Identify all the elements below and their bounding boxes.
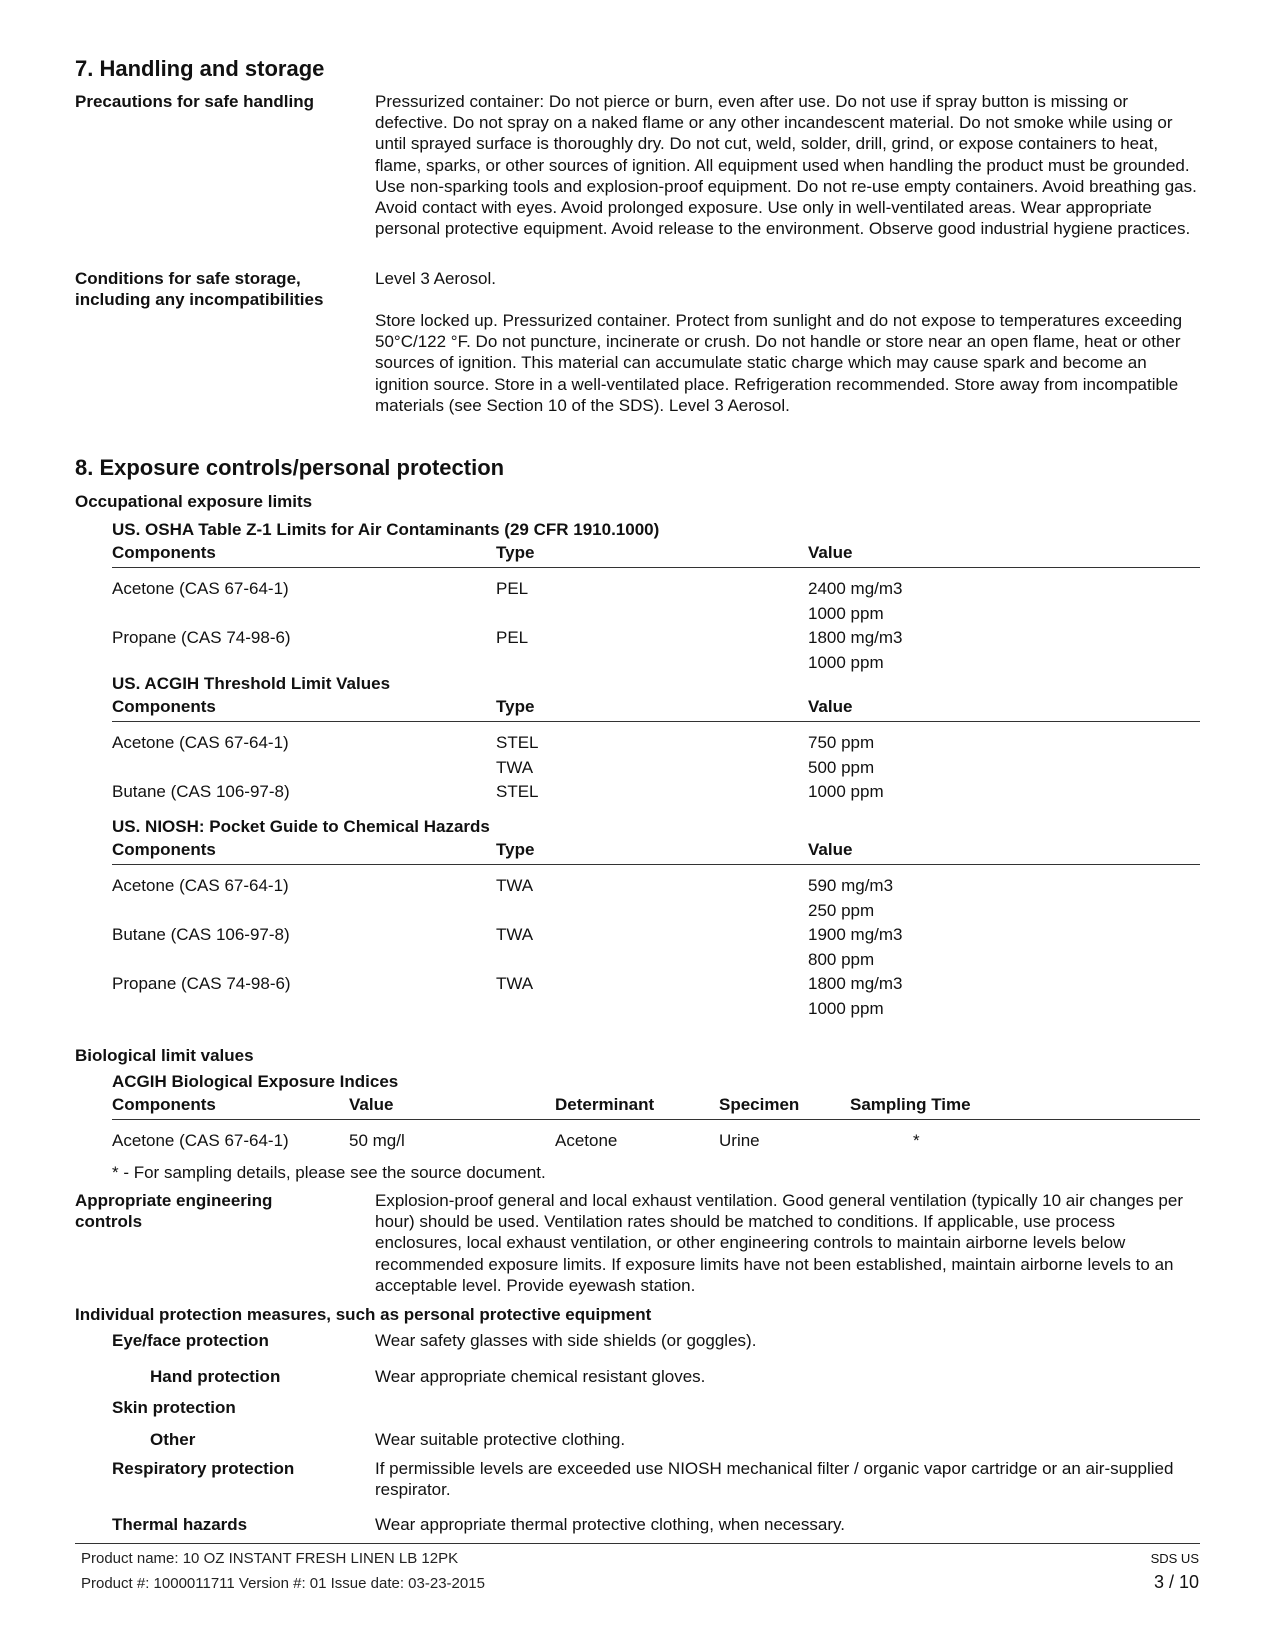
table-cell: STEL xyxy=(496,732,539,753)
table-header-divider xyxy=(112,864,1200,865)
respiratory-protection-label: Respiratory protection xyxy=(112,1458,294,1479)
table-header-cell: Value xyxy=(808,696,852,717)
eye-protection-label: Eye/face protection xyxy=(112,1330,269,1351)
table-cell: 1000 ppm xyxy=(808,652,884,673)
hand-protection-text: Wear appropriate chemical resistant glov… xyxy=(375,1366,1205,1387)
bio-table-cell: Acetone (CAS 67-64-1) xyxy=(112,1130,289,1151)
bio-table-header-divider xyxy=(112,1119,1200,1120)
table-cell: Acetone (CAS 67-64-1) xyxy=(112,578,289,599)
table-cell: 1000 ppm xyxy=(808,603,884,624)
footer-product-meta: Product #: 1000011711 Version #: 01 Issu… xyxy=(81,1575,485,1592)
table-header-cell: Value xyxy=(808,839,852,860)
engineering-text: Explosion-proof general and local exhaus… xyxy=(375,1190,1205,1296)
skin-protection-label: Skin protection xyxy=(112,1397,236,1418)
table-header-cell: Type xyxy=(496,542,534,563)
bio-table-cell: Urine xyxy=(719,1130,760,1151)
footer-page-number: 3 / 10 xyxy=(1154,1572,1199,1593)
storage-label-line1: Conditions for safe storage, xyxy=(75,268,301,289)
bio-table-cell: * xyxy=(913,1130,920,1151)
respiratory-protection-text: If permissible levels are exceeded use N… xyxy=(375,1458,1205,1500)
storage-text: Store locked up. Pressurized container. … xyxy=(375,310,1205,416)
table-cell: 2400 mg/m3 xyxy=(808,578,903,599)
table-header-cell: Components xyxy=(112,542,216,563)
table-cell: 800 ppm xyxy=(808,949,874,970)
section-8-title: 8. Exposure controls/personal protection xyxy=(75,455,504,481)
bio-table-title: ACGIH Biological Exposure Indices xyxy=(112,1071,398,1092)
table-cell: 250 ppm xyxy=(808,900,874,921)
table-cell: 1900 mg/m3 xyxy=(808,924,903,945)
bio-table-cell: 50 mg/l xyxy=(349,1130,405,1151)
thermal-hazards-text: Wear appropriate thermal protective clot… xyxy=(375,1514,1205,1535)
occupational-limits-label: Occupational exposure limits xyxy=(75,491,312,512)
table-cell: 750 ppm xyxy=(808,732,874,753)
table-cell: 590 mg/m3 xyxy=(808,875,893,896)
engineering-label-line1: Appropriate engineering xyxy=(75,1190,272,1211)
table-header-divider xyxy=(112,721,1200,722)
table-header-cell: Components xyxy=(112,696,216,717)
engineering-label-line2: controls xyxy=(75,1211,142,1232)
precautions-text: Pressurized container: Do not pierce or … xyxy=(375,91,1205,239)
biological-limits-label: Biological limit values xyxy=(75,1045,254,1066)
table-cell: Butane (CAS 106-97-8) xyxy=(112,924,290,945)
other-protection-label: Other xyxy=(150,1429,195,1450)
storage-text-level: Level 3 Aerosol. xyxy=(375,268,1205,289)
bio-table-cell: Acetone xyxy=(555,1130,617,1151)
table-cell: TWA xyxy=(496,924,533,945)
table-cell: 1800 mg/m3 xyxy=(808,627,903,648)
table-header-cell: Value xyxy=(808,542,852,563)
bio-table-header-cell: Value xyxy=(349,1094,393,1115)
table-cell: 1800 mg/m3 xyxy=(808,973,903,994)
table-cell: 1000 ppm xyxy=(808,998,884,1019)
table-cell: PEL xyxy=(496,627,528,648)
table-cell: TWA xyxy=(496,875,533,896)
table-header-cell: Type xyxy=(496,696,534,717)
bio-footnote: * - For sampling details, please see the… xyxy=(112,1162,546,1183)
footer-doc-type: SDS US xyxy=(1151,1551,1199,1566)
bio-table-header-cell: Components xyxy=(112,1094,216,1115)
other-protection-text: Wear suitable protective clothing. xyxy=(375,1429,1205,1450)
bio-table-header-cell: Sampling Time xyxy=(850,1094,971,1115)
table-title: US. OSHA Table Z-1 Limits for Air Contam… xyxy=(112,519,659,540)
table-cell: Acetone (CAS 67-64-1) xyxy=(112,875,289,896)
storage-label-line2: including any incompatibilities xyxy=(75,289,323,310)
table-cell: STEL xyxy=(496,781,539,802)
table-header-divider xyxy=(112,567,1200,568)
table-cell: Butane (CAS 106-97-8) xyxy=(112,781,290,802)
eye-protection-text: Wear safety glasses with side shields (o… xyxy=(375,1330,1205,1351)
table-title: US. NIOSH: Pocket Guide to Chemical Haza… xyxy=(112,816,490,837)
table-cell: Propane (CAS 74-98-6) xyxy=(112,627,291,648)
table-cell: TWA xyxy=(496,973,533,994)
table-cell: Acetone (CAS 67-64-1) xyxy=(112,732,289,753)
bio-table-header-cell: Specimen xyxy=(719,1094,799,1115)
table-cell: PEL xyxy=(496,578,528,599)
table-header-cell: Components xyxy=(112,839,216,860)
hand-protection-label: Hand protection xyxy=(150,1366,280,1387)
bio-table-header-cell: Determinant xyxy=(555,1094,654,1115)
footer-divider xyxy=(75,1543,1200,1544)
thermal-hazards-label: Thermal hazards xyxy=(112,1514,247,1535)
ppe-label: Individual protection measures, such as … xyxy=(75,1304,651,1325)
table-header-cell: Type xyxy=(496,839,534,860)
section-7-title: 7. Handling and storage xyxy=(75,56,324,82)
table-cell: 500 ppm xyxy=(808,757,874,778)
precautions-label: Precautions for safe handling xyxy=(75,91,314,112)
table-cell: 1000 ppm xyxy=(808,781,884,802)
table-title: US. ACGIH Threshold Limit Values xyxy=(112,673,390,694)
table-cell: Propane (CAS 74-98-6) xyxy=(112,973,291,994)
footer-product-name: Product name: 10 OZ INSTANT FRESH LINEN … xyxy=(81,1550,458,1567)
table-cell: TWA xyxy=(496,757,533,778)
